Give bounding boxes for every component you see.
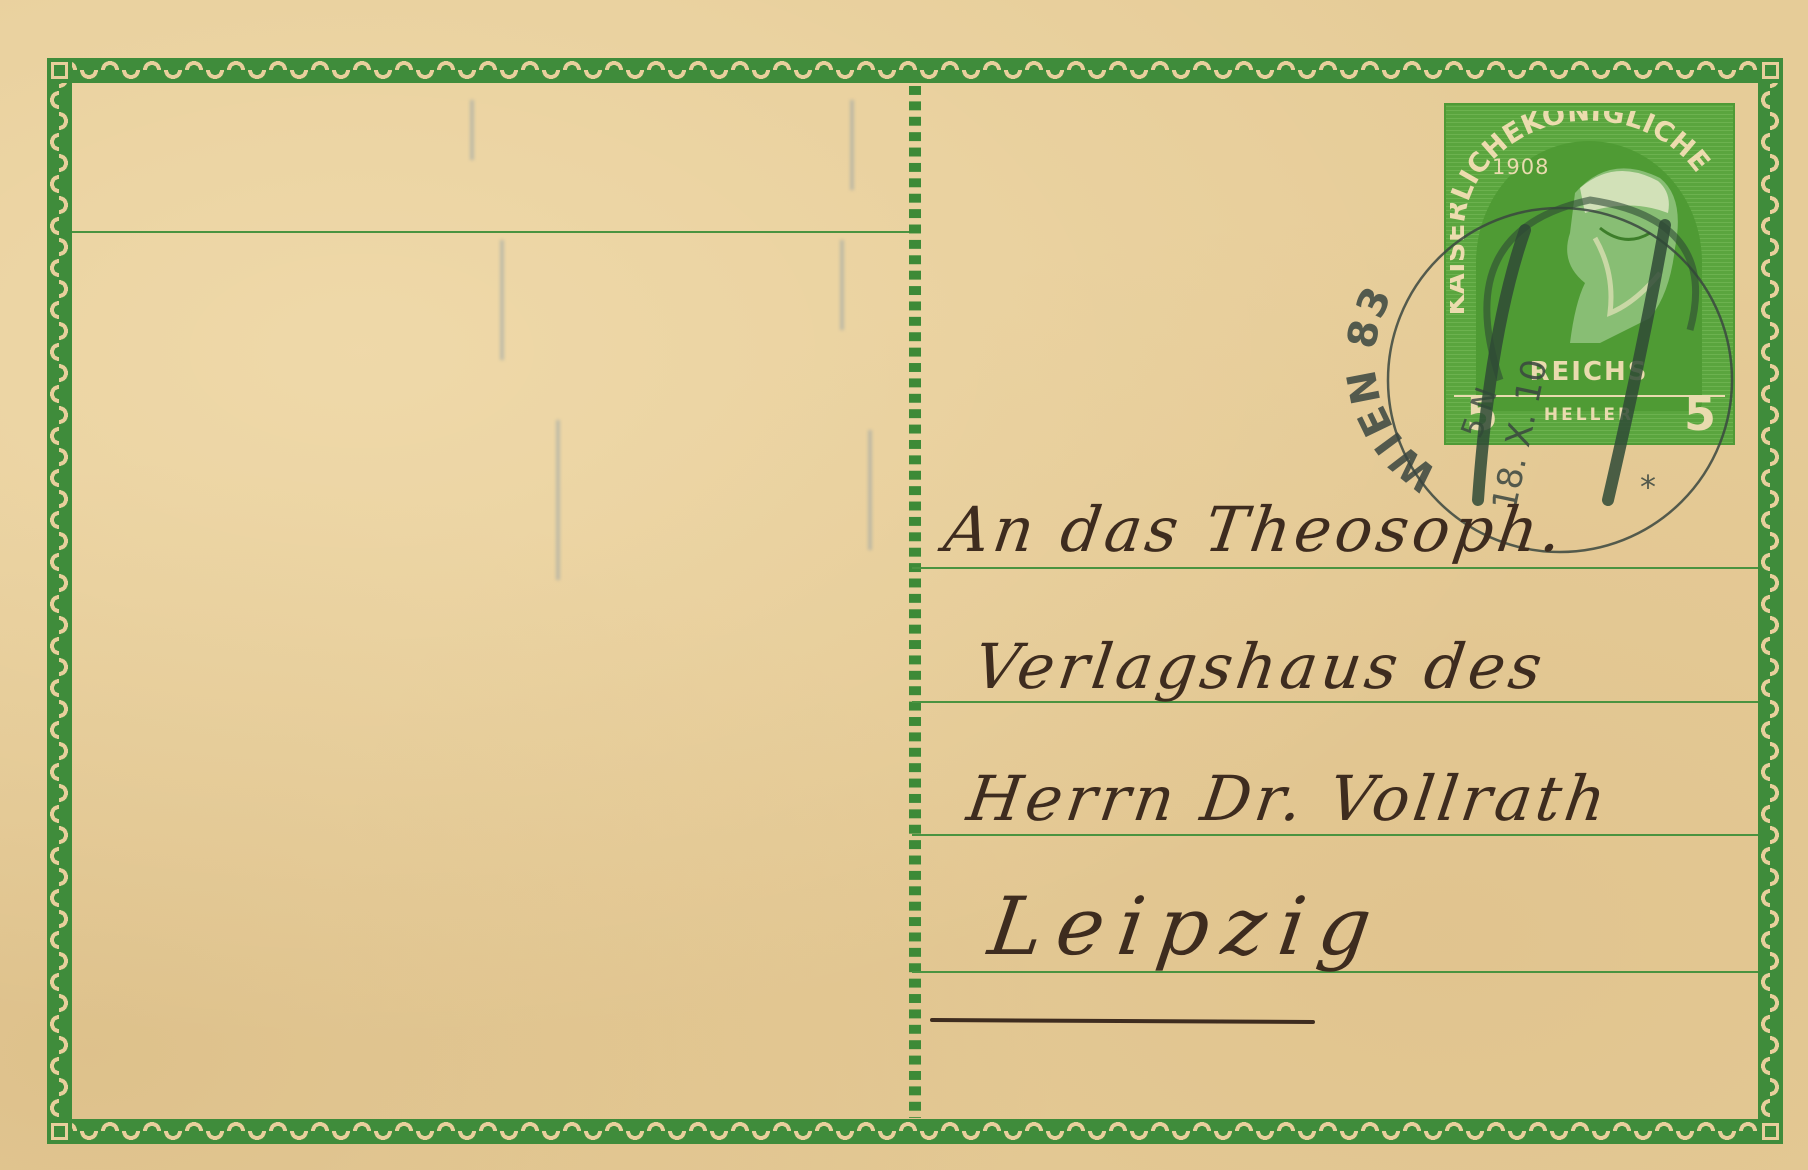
border-right [1758,58,1783,1144]
border-top [47,58,1783,83]
address-line-3-text: Herrn Dr. Vollrath [963,762,1614,835]
corner-ornament-tr [1758,58,1783,83]
card-divider [909,86,921,1118]
border-left [47,58,72,1144]
ink-offset-mark [500,240,504,360]
svg-text:*: * [1640,468,1656,506]
emperor-portrait-icon [1540,153,1690,343]
stamp-denomination-word: REICHS [1474,357,1704,387]
stamp-value-right: 5 [1684,391,1716,437]
corner-ornament-bl [47,1119,72,1144]
svg-text:WIEN 83: WIEN 83 [1338,278,1445,499]
ink-offset-mark [868,430,872,550]
stamp-currency: HELLER [1534,405,1644,425]
ink-offset-mark [840,240,844,330]
corner-ornament-tl [47,58,72,83]
ink-offset-mark [850,100,854,190]
address-line-2-text: Verlagshaus des [970,630,1551,703]
message-area-rule [72,231,910,233]
border-bottom [47,1119,1783,1144]
ink-offset-mark [556,420,560,580]
postage-stamp: KAISERLICHEKÖNIGLICHE 1908 REICHS 5 HELL… [1444,103,1735,445]
address-line-1-text: An das Theosoph. [940,493,1571,566]
address-line-1 [912,567,1758,569]
address-line-4-text: Leipzig [983,880,1390,973]
corner-ornament-br [1758,1119,1783,1144]
address-underline [930,1018,1315,1024]
stamp-value-left: 5 [1466,391,1498,437]
ink-offset-mark [470,100,474,160]
